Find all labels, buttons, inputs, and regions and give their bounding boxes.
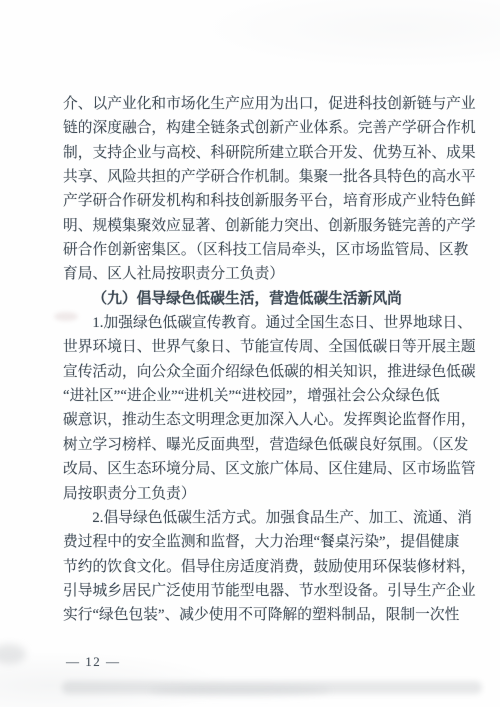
document-line: 共享、风险共担的产学研合作机制。集聚一批各具特色的高水平	[63, 165, 447, 189]
document-text-block: 介、以产业化和市场化生产应用为出口，促进科技创新链与产业 链的深度融合，构建全链…	[63, 92, 447, 628]
document-line: 制，支持企业与高校、科研院所建立联合开发、优势互补、成果	[63, 141, 447, 165]
document-page: 介、以产业化和市场化生产应用为出口，促进科技创新链与产业 链的深度融合，构建全链…	[0, 0, 500, 707]
document-line: 改局、区生态环境分局、区文旅广体局、区住建局、区市场监管	[63, 457, 447, 481]
document-line: 明、规模集聚效应显著、创新能力突出、创新服务链完善的产学	[63, 214, 447, 238]
scan-artifact	[62, 681, 482, 694]
document-line: 2.倡导绿色低碳生活方式。加强食品生产、加工、流通、消	[63, 506, 447, 530]
document-line: 碳意识，推动生态文明理念更加深入人心。发挥舆论监督作用，	[63, 408, 447, 432]
document-line: “进社区”“进企业”“进机关”“进校园”，增强社会公众绿色低	[63, 384, 447, 408]
document-line: 费过程中的安全监测和监督，大力治理“餐桌污染”，提倡健康	[63, 530, 447, 554]
document-line: 局按职责分工负责）	[63, 482, 447, 506]
document-line: 引导城乡居民广泛使用节能型电器、节水型设备。引导生产企业	[63, 579, 447, 603]
section-heading: （九）倡导绿色低碳生活，营造低碳生活新风尚	[63, 287, 447, 311]
document-line: 实行“绿色包装”、减少使用不可降解的塑料制品，限制一次性	[63, 603, 447, 627]
document-line: 宣传活动，向公众全面介绍绿色低碳的相关知识，推进绿色低碳	[63, 360, 447, 384]
document-line: 节约的饮食文化。倡导住房适度消费，鼓励使用环保装修材料，	[63, 555, 447, 579]
document-line: 产学研合作研发机构和科技创新服务平台，培育形成产业特色鲜	[63, 189, 447, 213]
page-number: — 12 —	[66, 654, 121, 670]
document-line: 研合作创新密集区。（区科技工信局牵头，区市场监管局、区教	[63, 238, 447, 262]
document-line: 介、以产业化和市场化生产应用为出口，促进科技创新链与产业	[63, 92, 447, 116]
document-line: 世界环境日、世界气象日、节能宣传周、全国低碳日等开展主题	[63, 335, 447, 359]
scan-artifact	[150, 686, 330, 696]
document-line: 1.加强绿色低碳宣传教育。通过全国生态日、世界地球日、	[63, 311, 447, 335]
document-line: 链的深度融合，构建全链条式创新产业体系。完善产学研合作机	[63, 116, 447, 140]
document-line: 树立学习榜样、曝光反面典型，营造绿色低碳良好氛围。（区发	[63, 433, 447, 457]
document-line: 育局、区人社局按职责分工负责）	[63, 262, 447, 286]
scan-artifact	[0, 644, 26, 664]
